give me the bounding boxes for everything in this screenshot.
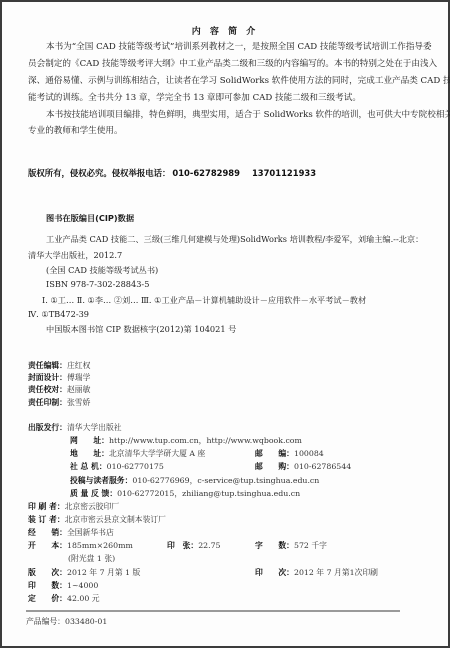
cip-line-1: 工业产品类 CAD 技能二、三级(三维几何建模与处理)SolidWorks 培训…: [46, 234, 423, 245]
summary-para1-line3: 深、通俗易懂、示例与训练相结合，让读者在学习 SolidWorks 软件使用方法…: [28, 73, 450, 89]
printer-label: 印 刷 者：: [28, 501, 65, 512]
postcode-value: 100084: [294, 449, 324, 458]
format-label: 开 本：: [28, 540, 67, 551]
impression-row: 印 次：2012 年 7 月第1次印刷: [255, 567, 378, 578]
product-code-row: 产品编号：033480-01: [26, 616, 107, 627]
mailorder-value: 010-62786544: [294, 462, 351, 471]
switchboard-value: 010-62770175: [107, 462, 164, 471]
binder-value: 北京市密云县京文制本装订厂: [65, 515, 166, 524]
price-label: 定 价：: [28, 593, 67, 604]
copyright-page: 内 容 简 介 本书为“全国 CAD 技能等级考试”培训系列教材之一，是按照全国…: [0, 0, 450, 648]
edition-value: 2012 年 7 月第 1 版: [67, 568, 140, 577]
format-value: 185mm×260mm: [67, 541, 133, 550]
publisher-row: 出版发行：清华大学出版社: [28, 422, 122, 433]
staff-label: 封面设计：: [28, 372, 67, 383]
staff-value: 傅瑞学: [67, 373, 90, 382]
mailorder-row: 邮 购：010-62786544: [255, 461, 351, 472]
report-phone-2: 13701121933: [252, 168, 316, 178]
printer-value: 北京密云胶印厂: [65, 502, 120, 511]
staff-value: 赵丽敏: [67, 385, 90, 394]
sheets-row: 印 张：22.75: [167, 540, 221, 551]
postcode-row: 邮 编：100084: [255, 448, 324, 459]
price-value: 42.00 元: [67, 594, 100, 603]
reader-service-row: 投稿与读者服务：010-62776969，c-service@tup.tsing…: [70, 475, 319, 486]
print-run-label: 印 数：: [28, 580, 67, 591]
cip-classification-1: Ⅰ. ①工… Ⅱ. ①李… ②刘… Ⅲ. ①工业产品－计算机辅助设计－应用软件－…: [42, 295, 366, 306]
summary-para1-line1: 本书为“全国 CAD 技能等级考试”培训系列教材之一，是按照全国 CAD 技能等…: [46, 39, 432, 55]
staff-label: 责任印制：: [28, 397, 67, 408]
print-run-value: 1~4000: [67, 581, 98, 590]
horizontal-divider: [26, 610, 400, 612]
cip-series: (全国 CAD 技能等级考试丛书): [46, 265, 158, 276]
cip-classification-2: Ⅳ. ①TB472-39: [28, 309, 89, 319]
staff-value: 庄红权: [67, 361, 90, 370]
staff-cover-design: 封面设计：傅瑞学: [28, 372, 90, 383]
website-label: 网 址：: [70, 435, 109, 446]
impression-value: 2012 年 7 月第1次印刷: [294, 568, 378, 577]
price-row: 定 价：42.00 元: [28, 593, 100, 604]
distributor-value: 全国新华书店: [67, 528, 114, 537]
staff-proofreader: 责任校对：赵丽敏: [28, 384, 90, 395]
quality-feedback-label: 质 量 反 馈：: [70, 488, 117, 499]
quality-feedback-value[interactable]: 010-62772015，zhiliang@tup.tsinghua.edu.c…: [117, 489, 300, 498]
word-count-row: 字 数：572 千字: [255, 540, 327, 551]
sheets-value: 22.75: [198, 541, 220, 550]
reader-service-label: 投稿与读者服务：: [70, 475, 132, 486]
print-run-row: 印 数：1~4000: [28, 580, 98, 591]
product-code-label: 产品编号：: [26, 617, 65, 626]
attachment-note: (附光盘 1 张): [68, 553, 115, 564]
copyright-notice: 版权所有，侵权必究。侵权举报电话：010-6278298913701121933: [28, 167, 316, 179]
product-code-value: 033480-01: [65, 617, 107, 626]
staff-editor: 责任编辑：庄红权: [28, 360, 90, 371]
address-value: 北京清华大学学研大厦 A 座: [109, 449, 205, 458]
address-row: 地 址：北京清华大学学研大厦 A 座: [70, 448, 205, 459]
summary-para1-line2: 员会制定的《CAD 技能等级考评大纲》中工业产品类二级和三级的内容编写的。本书的…: [28, 56, 437, 72]
cip-line-2: 清华大学出版社，2012.7: [28, 250, 122, 261]
word-count-value: 572 千字: [294, 541, 327, 550]
distributor-label: 经 销：: [28, 527, 67, 538]
staff-label: 责任编辑：: [28, 360, 67, 371]
edition-row: 版 次：2012 年 7 月第 1 版: [28, 567, 140, 578]
sheets-label: 印 张：: [167, 540, 198, 551]
switchboard-label: 社 总 机：: [70, 461, 107, 472]
quality-feedback-row: 质 量 反 馈：010-62772015，zhiliang@tup.tsingh…: [70, 488, 300, 499]
printer-row: 印 刷 者：北京密云胶印厂: [28, 501, 119, 512]
staff-label: 责任校对：: [28, 384, 67, 395]
cip-isbn: ISBN 978-7-302-28843-5: [46, 279, 149, 289]
mailorder-label: 邮 购：: [255, 461, 294, 472]
staff-printing: 责任印制：张雪娇: [28, 397, 90, 408]
binder-row: 装 订 者：北京市密云县京文制本装订厂: [28, 514, 166, 525]
cip-heading: 图书在版编目(CIP)数据: [46, 213, 134, 224]
address-label: 地 址：: [70, 448, 109, 459]
summary-para1-line4: 能考试的训练。全书共分 13 章，学完全书 13 章即可参加 CAD 技能二级和…: [28, 90, 361, 106]
copyright-text: 版权所有，侵权必究。侵权举报电话：: [28, 168, 170, 178]
format-row: 开 本：185mm×260mm: [28, 540, 133, 551]
website-value[interactable]: http://www.tup.com.cn，http://www.wqbook.…: [109, 436, 302, 445]
summary-para2-line1: 本书按技能培训项目编排，特色鲜明，典型实用，适合于 SolidWorks 软件的…: [46, 107, 450, 123]
publisher-label: 出版发行：: [28, 422, 67, 433]
staff-value: 张雪娇: [67, 398, 90, 407]
impression-label: 印 次：: [255, 567, 294, 578]
summary-para2-line2: 专业的教师和学生使用。: [28, 123, 123, 139]
summary-title: 内 容 简 介: [2, 24, 448, 37]
binder-label: 装 订 者：: [28, 514, 65, 525]
edition-label: 版 次：: [28, 567, 67, 578]
word-count-label: 字 数：: [255, 540, 294, 551]
switchboard-row: 社 总 机：010-62770175: [70, 461, 164, 472]
distributor-row: 经 销：全国新华书店: [28, 527, 114, 538]
reader-service-value[interactable]: 010-62776969，c-service@tup.tsinghua.edu.…: [132, 476, 319, 485]
website-row: 网 址：http://www.tup.com.cn，http://www.wqb…: [70, 435, 302, 446]
publisher-value: 清华大学出版社: [67, 423, 122, 432]
postcode-label: 邮 编：: [255, 448, 294, 459]
report-phone-1: 010-62782989: [172, 168, 240, 178]
cip-record: 中国版本图书馆 CIP 数据核字(2012)第 104021 号: [46, 324, 236, 335]
